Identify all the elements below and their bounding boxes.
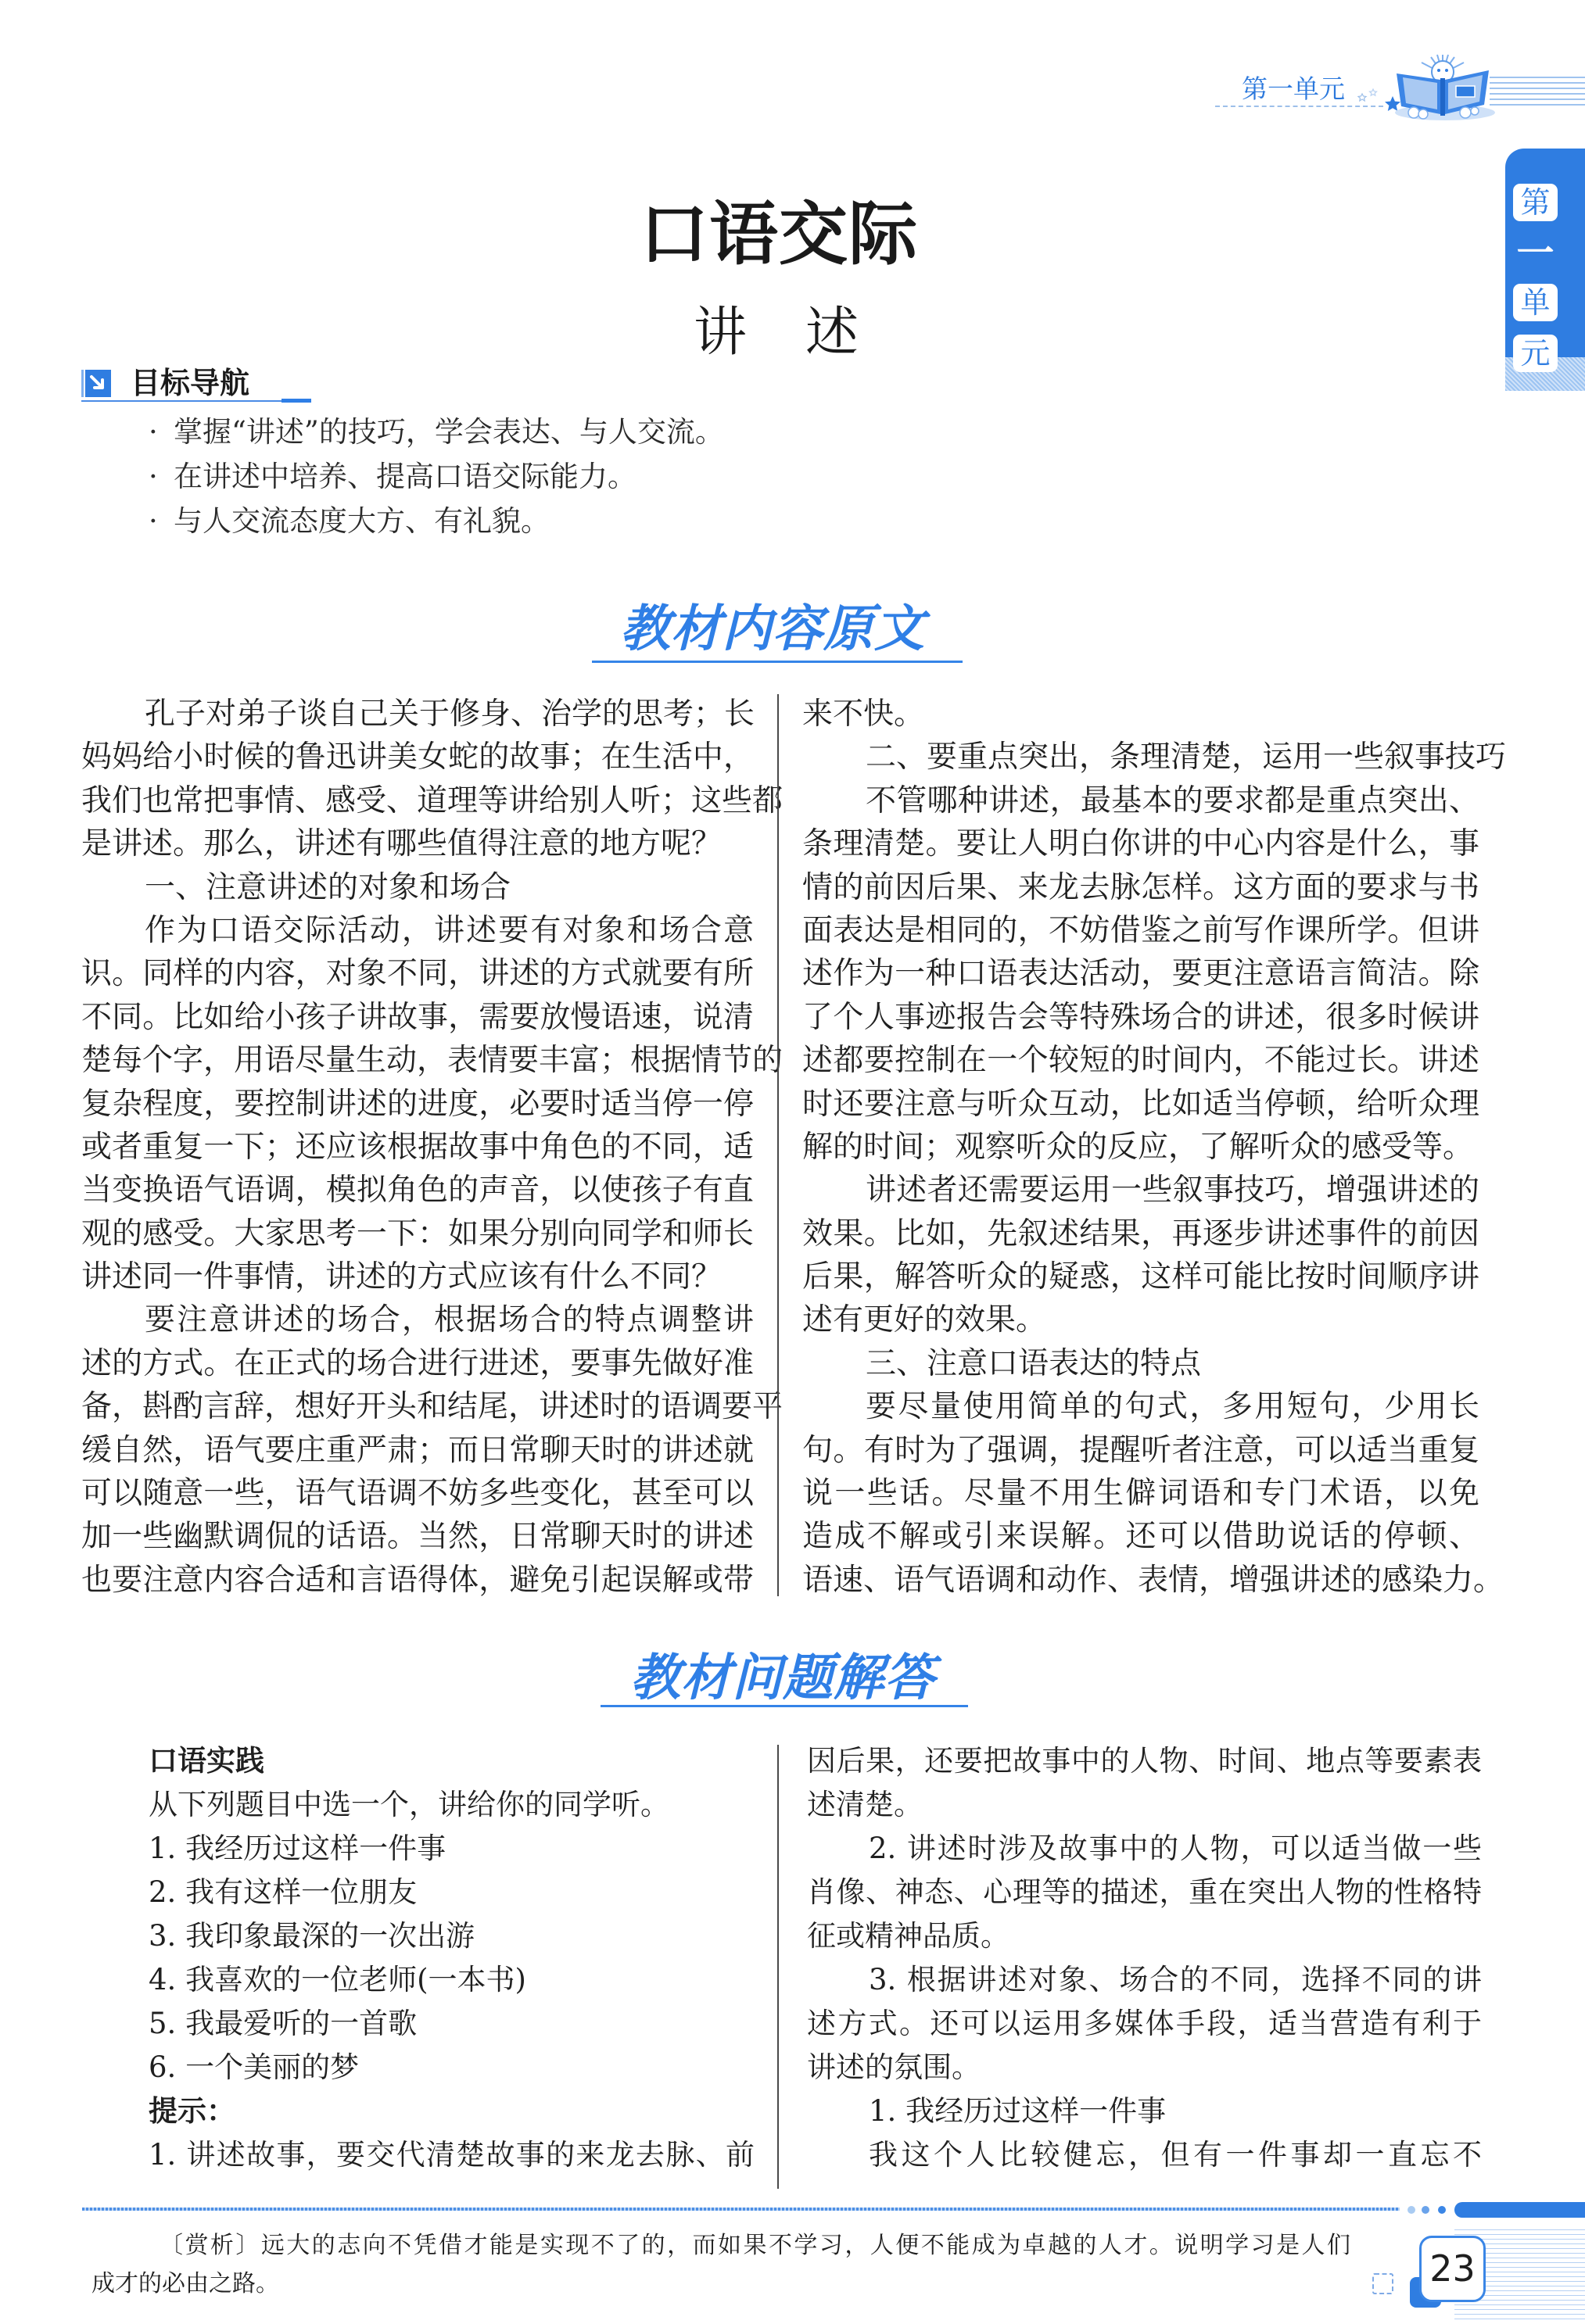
objective-item: 掌握“讲述”的技巧，学会表达、与人交流。 (149, 410, 852, 454)
column-divider (777, 694, 779, 1596)
text-line: 解的时间；观察听众的反应，了解听众的感受等。 (802, 1126, 1479, 1169)
section2-left-column: 口语实践从下列题目中选一个，讲给你的同学听。1. 我经历过这样一件事2. 我有这… (149, 1739, 755, 2177)
text-line: 情的前因后果、来龙去脉怎样。这方面的要求与书 (802, 866, 1479, 909)
text-line: 我这个人比较健忘，但有一件事却一直忘不 (807, 2133, 1482, 2177)
footer-note-line: 〔赏析〕远大的志向不凭借才能是实现不了的，而如果不学习，人便不能成为卓越的人才。… (91, 2226, 1350, 2265)
textbook-page: 第一单元 第 一 单 元 口语交际 讲 述 (0, 0, 1585, 2324)
text-line: 面表达是相同的，不妨借鉴之前写作课所学。但讲 (802, 909, 1479, 952)
text-line: 3. 我印象最深的一次出游 (149, 1914, 755, 1958)
side-tab-char: 元 (1513, 335, 1558, 372)
section1-left-column: 孔子对弟子谈自己关于修身、治学的思考；长妈妈给小时候的鲁迅讲美女蛇的故事；在生活… (81, 693, 754, 1602)
text-line: 1. 讲述故事，要交代清楚故事的来龙去脉、前 (149, 2133, 755, 2177)
text-line: 加一些幽默调侃的话语。当然，日常聊天时的讲述 (81, 1515, 754, 1558)
section-banner-textbook-answers: 教材问题解答 (630, 1651, 935, 1706)
text-line: 观的感受。大家思考一下：如果分别向同学和师长 (81, 1212, 754, 1255)
text-line: 4. 我喜欢的一位老师(一本书) (149, 1958, 755, 2002)
text-line: 或者重复一下；还应该根据故事中角色的不同，适 (81, 1126, 754, 1169)
side-tab-char: 一 (1513, 235, 1558, 272)
text-line: 孔子对弟子谈自己关于修身、治学的思考；长 (81, 693, 754, 736)
text-line: 二、要重点突出，条理清楚，运用一些叙事技巧 (802, 736, 1479, 779)
text-line: 从下列题目中选一个，讲给你的同学听。 (149, 1783, 755, 1827)
header-unit-label: 第一单元 (1242, 73, 1345, 105)
text-line: 述都要控制在一个较短的时间内，不能过长。讲述 (802, 1039, 1479, 1082)
text-line: 复杂程度，要控制讲述的进度，必要时适当停一停 (81, 1083, 754, 1126)
page-subtitle-char: 讲 (694, 303, 747, 363)
header-stripes (1490, 77, 1585, 109)
text-line: 造成不解或引来误解。还可以借助说话的停顿、 (802, 1515, 1479, 1558)
footer-dot-icon (1438, 2206, 1446, 2214)
text-line: 述的方式。在正式的场合进行进述，要事先做好准 (81, 1342, 754, 1385)
text-line: 要尽量使用简单的句式，多用短句，少用长 (802, 1385, 1479, 1428)
section2-right-column: 因后果，还要把故事中的人物、时间、地点等要素表述清楚。2. 讲述时涉及故事中的人… (807, 1739, 1482, 2177)
text-line: 可以随意一些，语气语调不妨多些变化，甚至可以 (81, 1472, 754, 1515)
text-line: 是讲述。那么，讲述有哪些值得注意的地方呢？ (81, 822, 754, 865)
footer-appreciation-note: 〔赏析〕远大的志向不凭借才能是实现不了的，而如果不学习，人便不能成为卓越的人才。… (91, 2226, 1350, 2303)
section-banner-textbook-content: 教材内容原文 (620, 602, 925, 657)
text-line: 1. 我经历过这样一件事 (807, 2089, 1482, 2133)
objectives-heading: 目标导航 (131, 366, 249, 400)
side-tab-char: 第 (1513, 184, 1558, 221)
subheading: 提示： (149, 2089, 755, 2133)
text-line: 征或精神品质。 (807, 1914, 1482, 1958)
text-line: 作为口语交际活动，讲述要有对象和场合意 (81, 909, 754, 952)
text-line: 当变换语气语调，模拟角色的声音，以使孩子有直 (81, 1169, 754, 1212)
text-line: 三、注意口语表达的特点 (802, 1342, 1479, 1385)
text-line: 因后果，还要把故事中的人物、时间、地点等要素表 (807, 1739, 1482, 1783)
column-divider (777, 1745, 779, 2189)
footer-dot-icon (1407, 2206, 1415, 2214)
footer-dot-icon (1422, 2206, 1429, 2214)
text-line: 来不快。 (802, 693, 1479, 736)
text-line: 6. 一个美丽的梦 (149, 2046, 755, 2089)
text-line: 语速、语气语调和动作、表情，增强讲述的感染力。 (802, 1559, 1479, 1602)
text-line: 妈妈给小时候的鲁迅讲美女蛇的故事；在生活中， (81, 736, 754, 779)
text-line: 讲述者还需要运用一些叙事技巧，增强讲述的 (802, 1169, 1479, 1212)
text-line: 句。有时为了强调，提醒听者注意，可以适当重复 (802, 1429, 1479, 1472)
text-line: 述方式。还可以运用多媒体手段，适当营造有利于 (807, 2002, 1482, 2046)
dashed-square-icon (1372, 2273, 1393, 2294)
objectives-list: 掌握“讲述”的技巧，学会表达、与人交流。在讲述中培养、提高口语交际能力。与人交流… (149, 410, 852, 543)
text-line: 识。同样的内容，对象不同，讲述的方式就要有所 (81, 952, 754, 995)
footer-dotted-divider (82, 2208, 1400, 2211)
text-line: 2. 讲述时涉及故事中的人物，可以适当做一些 (807, 1827, 1482, 1871)
objectives-underline (81, 400, 281, 402)
text-line: 3. 根据讲述对象、场合的不同，选择不同的讲 (807, 1958, 1482, 2002)
footer-note-line: 成才的必由之路。 (91, 2265, 1350, 2303)
text-line: 2. 我有这样一位朋友 (149, 1871, 755, 1914)
text-line: 讲述的氛围。 (807, 2046, 1482, 2089)
arrow-down-right-icon (81, 370, 111, 397)
text-line: 不同。比如给小孩子讲故事，需要放慢语速，说清 (81, 996, 754, 1039)
text-line: 时还要注意与听众互动，比如适当停顿，给听众理 (802, 1083, 1479, 1126)
open-book-icon (1390, 50, 1495, 122)
text-line: 我们也常把事情、感受、道理等讲给别人听；这些都 (81, 779, 754, 822)
banner-underline (601, 1705, 968, 1707)
banner-underline (592, 661, 963, 663)
text-line: 条理清楚。要让人明白你讲的中心内容是什么，事 (802, 822, 1479, 865)
text-line: 楚每个字，用语尽量生动，表情要丰富；根据情节的 (81, 1039, 754, 1082)
subheading: 口语实践 (149, 1739, 755, 1783)
side-unit-tab: 第 一 单 元 (1505, 149, 1585, 391)
text-line: 讲述同一件事情，讲述的方式应该有什么不同？ (81, 1255, 754, 1298)
text-line: 备，斟酌言辞，想好开头和结尾，讲述时的语调要平 (81, 1385, 754, 1428)
text-line: 效果。比如，先叙述结果，再逐步讲述事件的前因 (802, 1212, 1479, 1255)
text-line: 述作为一种口语表达活动，要更注意语言简洁。除 (802, 952, 1479, 995)
section1-right-column: 来不快。二、要重点突出，条理清楚，运用一些叙事技巧不管哪种讲述，最基本的要求都是… (802, 693, 1479, 1602)
text-line: 缓自然，语气要庄重严肃；而日常聊天时的讲述就 (81, 1429, 754, 1472)
text-line: 述有更好的效果。 (802, 1298, 1479, 1341)
text-line: 一、注意讲述的对象和场合 (81, 866, 754, 909)
page-title: 口语交际 (640, 197, 918, 272)
objective-item: 在讲述中培养、提高口语交际能力。 (149, 454, 852, 499)
text-line: 不管哪种讲述，最基本的要求都是重点突出、 (802, 779, 1479, 822)
text-line: 5. 我最爱听的一首歌 (149, 2002, 755, 2046)
page-number: 23 (1419, 2236, 1486, 2302)
text-line: 后果，解答听众的疑惑，这样可能比按时间顺序讲 (802, 1255, 1479, 1298)
small-stars-icon (1357, 88, 1381, 103)
page-subtitle-char: 述 (805, 303, 859, 363)
text-line: 了个人事迹报告会等特殊场合的讲述，很多时候讲 (802, 996, 1479, 1039)
text-line: 肖像、神态、心理等的描述，重在突出人物的性格特 (807, 1871, 1482, 1914)
header-dashed-line (1215, 106, 1383, 107)
text-line: 述清楚。 (807, 1783, 1482, 1827)
text-line: 说一些话。尽量不用生僻词语和专门术语，以免 (802, 1472, 1479, 1515)
side-tab-char: 单 (1513, 284, 1558, 321)
text-line: 要注意讲述的场合，根据场合的特点调整讲 (81, 1298, 754, 1341)
text-line: 1. 我经历过这样一件事 (149, 1827, 755, 1871)
objectives-underline-accent (281, 399, 311, 403)
footer-accent-bar (1454, 2202, 1585, 2218)
text-line: 也要注意内容合适和言语得体，避免引起误解或带 (81, 1559, 754, 1602)
objective-item: 与人交流态度大方、有礼貌。 (149, 499, 852, 543)
